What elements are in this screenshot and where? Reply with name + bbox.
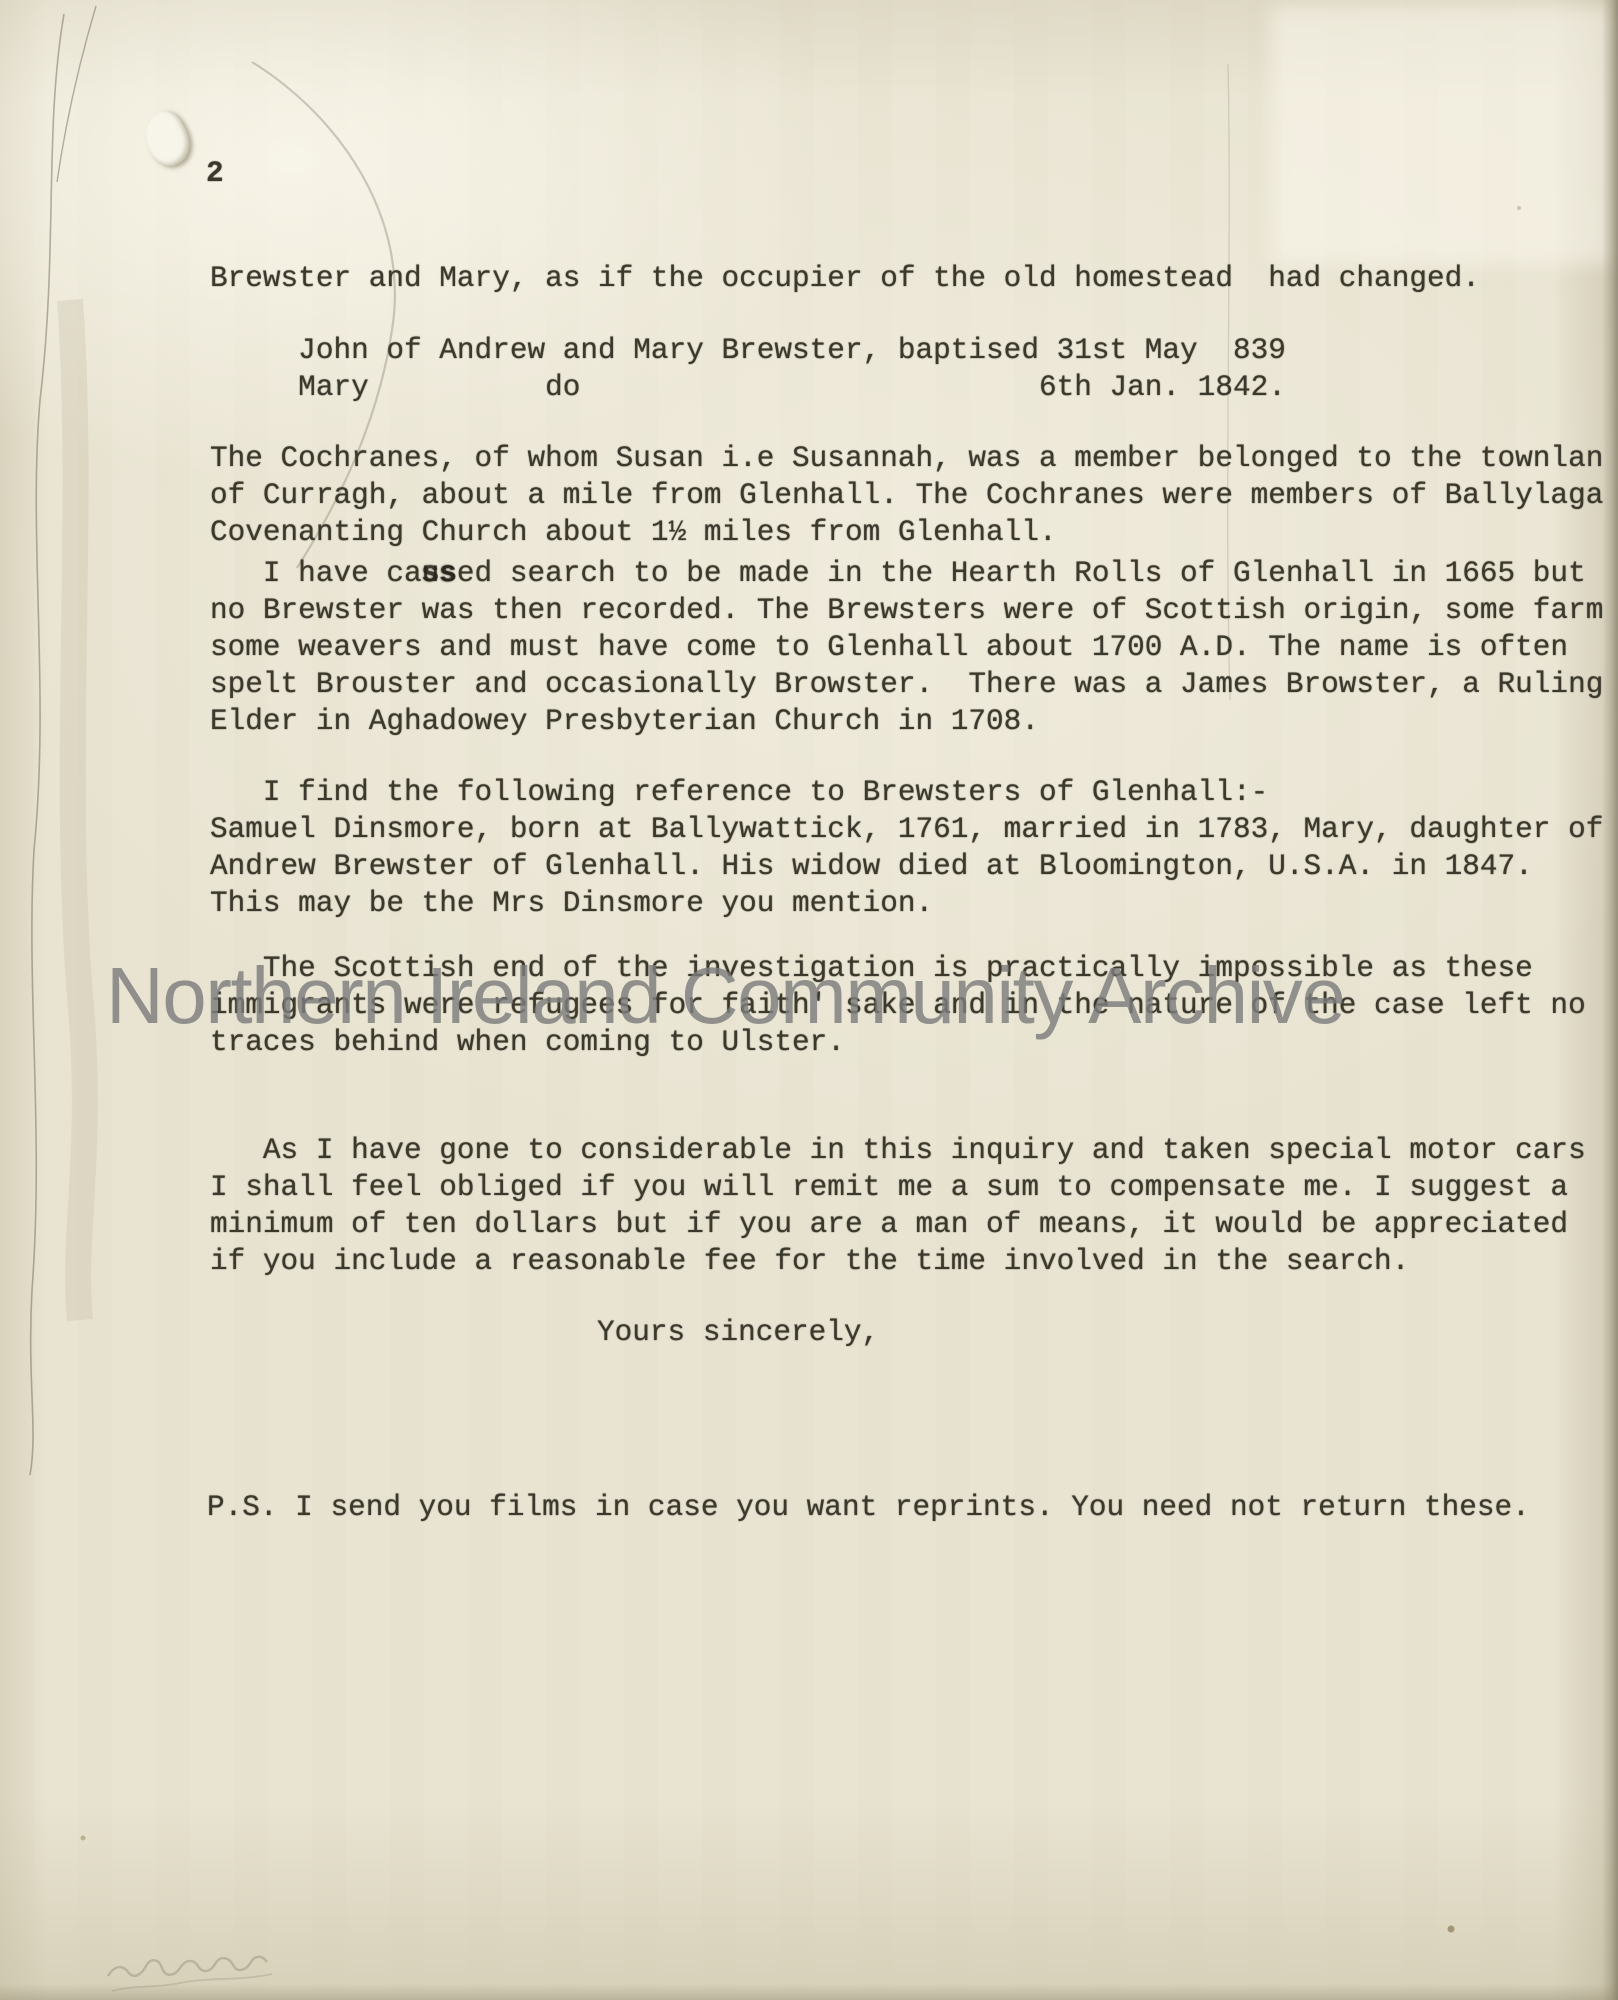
paragraph: The Cochranes, of whom Susan i.e Susanna… <box>210 440 1603 551</box>
closing-line: Yours sincerely, <box>597 1314 879 1351</box>
postscript-line: P.S. I send you films in case you want r… <box>207 1489 1530 1526</box>
paragraph: I have caused search to be made in the H… <box>210 555 1603 740</box>
overstrike-mark: ss <box>421 555 456 592</box>
letter-page: 2 Brewster and Mary, as if the occupier … <box>0 0 1618 2000</box>
paragraph: Brewster and Mary, as if the occupier of… <box>210 260 1480 297</box>
paragraph: John of Andrew and Mary Brewster, baptis… <box>210 332 1286 406</box>
paragraph: As I have gone to considerable in this i… <box>210 1132 1586 1280</box>
paper-edge-right <box>1602 0 1618 2000</box>
paper-edge-bottom <box>0 1984 1618 2000</box>
archive-watermark: Northern Ireland Community Archive <box>106 956 1344 1036</box>
paragraph: I find the following reference to Brewst… <box>210 774 1603 922</box>
